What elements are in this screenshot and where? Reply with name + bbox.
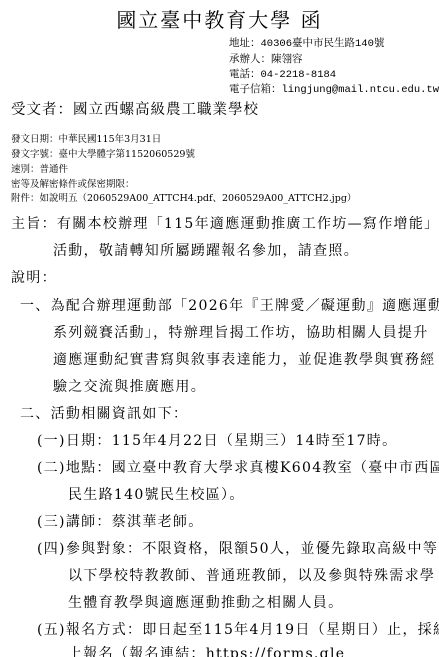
email: 電子信箱：lingjung@mail.ntcu.edu.tw [229,81,439,96]
address: 地址：40306臺中市民生路140號 [229,35,384,50]
item2-date: (一)日期：115年4月22日（星期三）14時至17時。 [37,430,397,450]
subject-line-2: 活動，敬請轉知所屬踴躍報名參加，請查照。 [53,240,359,260]
item2-registration-1: (五)報名方式：即日起至115年4月19日（星期日）止，採線 [37,619,439,639]
attachments: 附件：如說明五（2060529A00_ATTCH4.pdf、2060529A00… [11,190,356,204]
item1-line-2: 系列競賽活動」，特辦理旨揭工作坊，協助相關人員提升 [53,322,429,342]
item2-participants-3: 生體育教學與適應運動推動之相關人員。 [68,592,343,612]
item1-line-1: 一、為配合辦理運動部「2026年『王牌愛／礙運動』適應運動 [20,295,439,315]
item2-location-2: 民生路140號民生校區）。 [68,484,245,504]
recipient: 受文者：國立西螺高級農工職業學校 [11,98,259,119]
item2-registration-2: 上報名（報名連結：https://forms.gle [68,643,345,657]
explanation-label: 說明： [11,267,57,287]
item1-line-4: 驗之交流與推廣應用。 [53,376,206,396]
item2-heading: 二、活動相關資訊如下： [20,403,188,423]
issue-date: 發文日期：中華民國115年3月31日 [11,131,161,145]
delivery-speed: 速別：普通件 [11,161,68,175]
secrecy-level: 密等及解密條件或保密期限： [11,176,135,190]
document-title: 國立臺中教育大學 函 [0,4,439,33]
item2-lecturer: (三)講師：蔡淇華老師。 [37,511,204,531]
item2-participants-1: (四)參與對象：不限資格，限額50人，並優先錄取高級中等 [37,538,438,558]
item2-participants-2: 以下學校特教教師、普通班教師，以及參與特殊需求學 [68,565,435,585]
item2-location-1: (二)地點：國立臺中教育大學求真樓K604教室（臺中市西區 [37,457,439,477]
phone: 電話：04-2218-8184 [229,66,336,81]
item1-line-3: 適應運動紀實書寫與敘事表達能力，並促進教學與實務經 [53,349,436,369]
document-number: 發文字號：臺中大學體字第1152060529號 [11,146,195,160]
subject-line-1: 主旨：有關本校辦理「115年適應運動推廣工作坊—寫作增能」 [11,213,439,233]
contact-person: 承辦人：陳翎容 [229,51,303,66]
